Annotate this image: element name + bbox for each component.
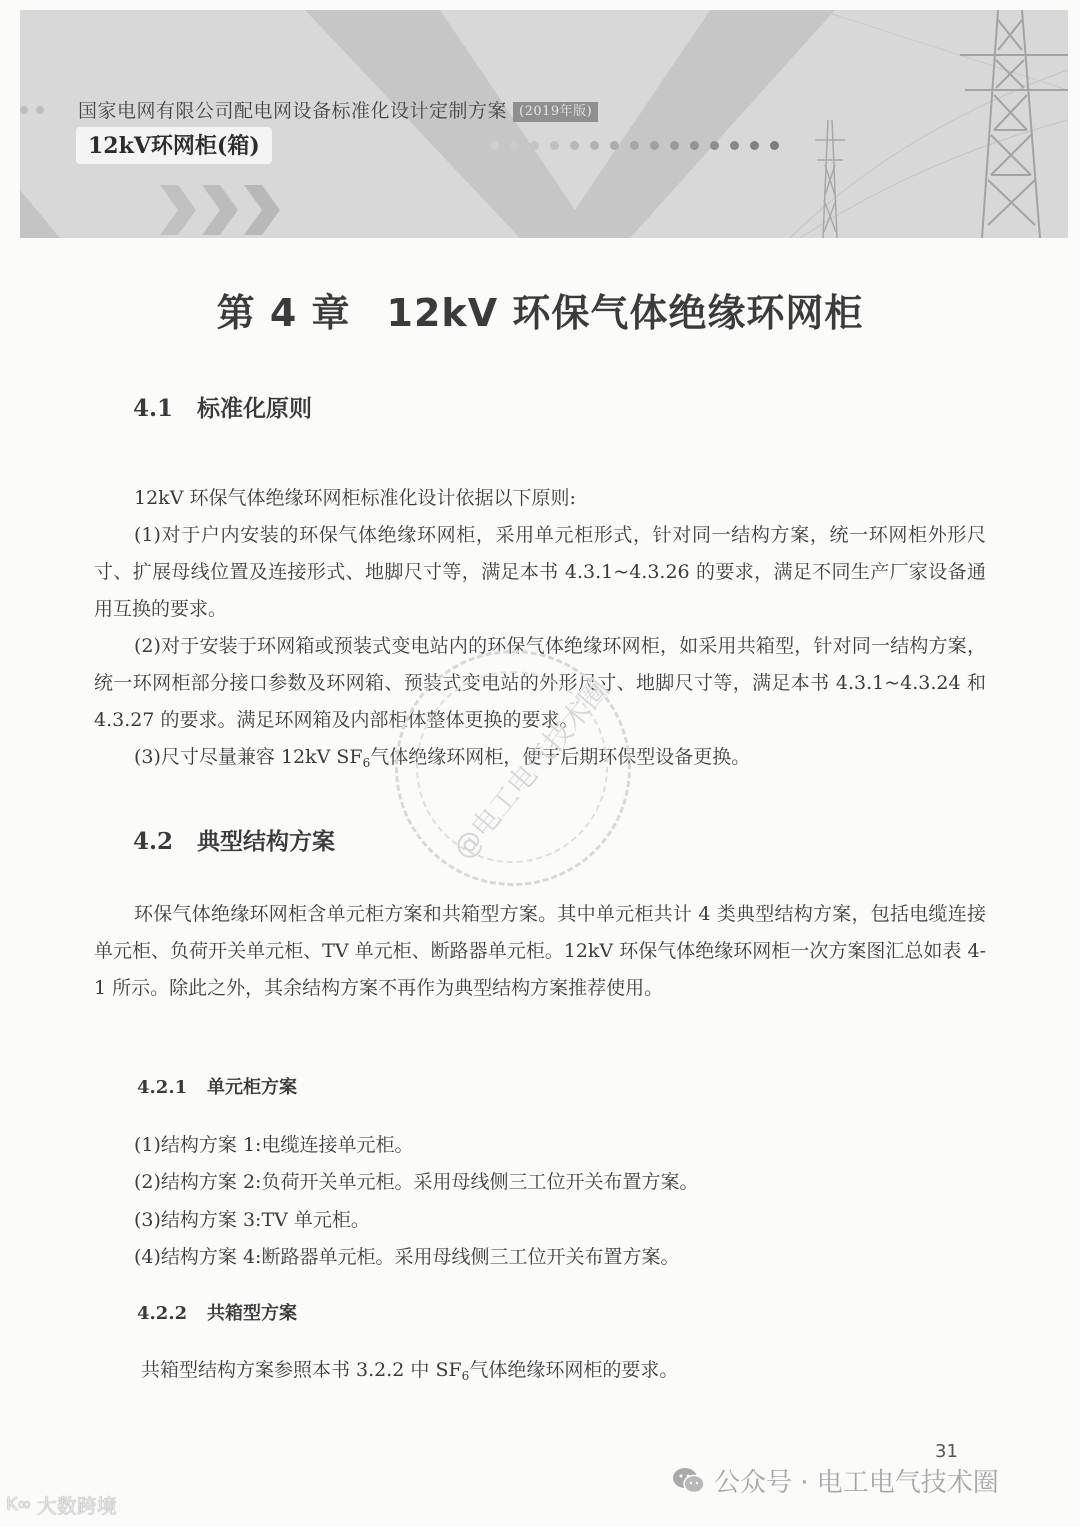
- subsection-heading-4-2-2: 4.2.2共箱型方案: [137, 1299, 297, 1325]
- chapter-number: 第 4 章: [217, 291, 351, 335]
- subsection-heading-4-2-1: 4.2.1单元柜方案: [137, 1073, 297, 1099]
- header-banner: 国家电网有限公司配电网设备标准化设计定制方案(2019年版) 12kV环网柜(箱…: [20, 10, 1068, 238]
- scheme-item-2: (2)结构方案 2:负荷开关单元柜。采用母线侧三工位开关布置方案。: [134, 1167, 698, 1194]
- brand-logo-icon: K∞: [6, 1494, 31, 1515]
- page-number: 31: [935, 1441, 958, 1462]
- principle-item-1: (1)对于户内安装的环保气体绝缘环网柜，采用单元柜形式，针对同一结构方案，统一环…: [94, 517, 986, 628]
- brand-watermark: K∞ 大数跨境: [6, 1490, 117, 1519]
- decorative-dots: [20, 106, 44, 114]
- wechat-icon: [672, 1466, 706, 1496]
- decorative-dot-row: [490, 141, 779, 150]
- scheme-item-3: (3)结构方案 3:TV 单元柜。: [134, 1205, 370, 1232]
- section-paragraph: 环保气体绝缘环网柜含单元柜方案和共箱型方案。其中单元柜共计 4 类典型结构方案，…: [94, 896, 986, 1007]
- transmission-tower-icon: [960, 10, 1068, 238]
- section-heading-4-2: 4.2典型结构方案: [133, 823, 335, 856]
- principle-item-2: (2)对于安装于环网箱或预装式变电站内的环保气体绝缘环网柜，如采用共箱型，针对同…: [94, 628, 986, 739]
- edition-badge: (2019年版): [513, 102, 598, 122]
- chapter-heading: 12kV 环保气体绝缘环网柜: [387, 291, 864, 335]
- chapter-title: 第 4 章12kV 环保气体绝缘环网柜: [0, 282, 1080, 337]
- principle-item-3: (3)尺寸尽量兼容 12kV SF6气体绝缘环网柜，便于后期环保型设备更换。: [94, 739, 986, 782]
- series-title: 国家电网有限公司配电网设备标准化设计定制方案(2019年版): [78, 96, 598, 123]
- book-tag: 12kV环网柜(箱): [76, 127, 272, 164]
- wechat-account-label: 公众号 · 电工电气技术圈: [672, 1462, 999, 1499]
- small-tower-icon: [815, 120, 845, 238]
- scheme-item-1: (1)结构方案 1:电缆连接单元柜。: [134, 1130, 413, 1157]
- section-intro: 12kV 环保气体绝缘环网柜标准化设计依据以下原则:: [94, 480, 986, 517]
- scheme-item-4: (4)结构方案 4:断路器单元柜。采用母线侧三工位开关布置方案。: [134, 1242, 679, 1269]
- chevrons-icon: [160, 185, 280, 235]
- common-box-text: 共箱型结构方案参照本书 3.2.2 中 SF6气体绝缘环网柜的要求。: [141, 1355, 678, 1383]
- section-heading-4-1: 4.1标准化原则: [133, 390, 312, 423]
